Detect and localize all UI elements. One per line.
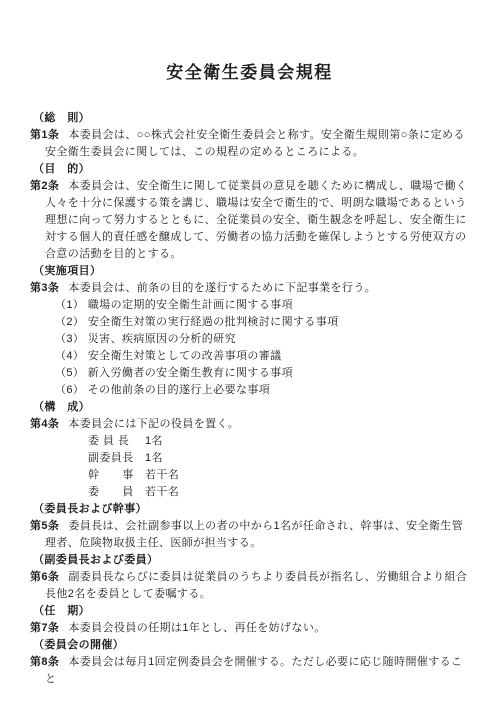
article-1: 第1条本委員会は、○○株式会社安全衛生委員会と称す。安全衛生規則第○条に定める安… [30,127,469,161]
article-7-text: 本委員会役員の任期は1年とし、再任を妨げない。 [68,622,325,634]
role-row-member: 委 員若干名 [30,484,469,501]
article-8-text: 本委員会は毎月1回定例委員会を開催する。ただし必要に応じ随時開催すること [45,656,462,685]
article-8: 第8条本委員会は毎月1回定例委員会を開催する。ただし必要に応じ随時開催すること [30,654,469,688]
article-6-text: 副委員長ならびに委員は従業員のうちより委員長が指名し、労働組合より組合長他2名を… [45,571,467,600]
article-3-text: 本委員会は、前条の目的を遂行するために下記事業を行う。 [68,282,376,294]
document-title: 安全衛生委員会規程 [30,63,469,83]
article-2: 第2条本委員会は、安全衛生に関して従業員の意見を聴くために構成し、職場で働く人々… [30,178,469,263]
role-count: 1名 [145,452,163,464]
article-3-label: 第3条 [30,282,59,294]
article-3: 第3条本委員会は、前条の目的を遂行するために下記事業を行う。 [30,280,469,297]
article-7: 第7条本委員会役員の任期は1年とし、再任を妨げない。 [30,620,469,637]
section-heading-composition: （構 成） [30,399,469,416]
section-heading-implementation-items: （実施項目） [30,263,469,280]
article-5: 第5条委員長は、会社副参事以上の者の中から1名が任命され、幹事は、安全衛生管理者… [30,518,469,552]
section-heading-term: （任 期） [30,603,469,620]
section-heading-purpose: （目 的） [30,161,469,178]
list-item-5: （5） 新入労働者の安全衛生教育に関する事項 [30,365,469,382]
article-6-label: 第6条 [30,571,59,583]
article-4: 第4条本委員会には下記の役員を置く。 [30,416,469,433]
article-4-text: 本委員会には下記の役員を置く。 [68,418,239,430]
role-row-chairman: 委 員 長1名 [30,433,469,450]
list-item-6: （6） その他前条の目的遂行上必要な事項 [30,382,469,399]
role-name: 委 員 長 [88,433,145,450]
list-item-3: （3） 災害、疾病原因の分析的研究 [30,331,469,348]
section-heading-general-rules: （総 則） [30,110,469,127]
section-heading-vice-chairman-and-members: （副委員長および委員） [30,552,469,569]
article-2-label: 第2条 [30,180,59,192]
role-name: 委 員 [88,484,145,501]
article-2-text: 本委員会は、安全衛生に関して従業員の意見を聴くために構成し、職場で働く人々を十分… [45,180,467,260]
role-count: 1名 [145,435,163,447]
document-page: 安全衛生委員会規程 （総 則） 第1条本委員会は、○○株式会社安全衛生委員会と称… [0,0,495,706]
article-8-label: 第8条 [30,656,59,668]
article-5-label: 第5条 [30,520,59,532]
article-5-text: 委員長は、会社副参事以上の者の中から1名が任命され、幹事は、安全衛生管理者、危険… [45,520,463,549]
role-count: 若干名 [145,469,179,481]
article-1-text: 本委員会は、○○株式会社安全衛生委員会と称す。安全衛生規則第○条に定める安全衛生… [45,129,465,158]
role-count: 若干名 [145,486,179,498]
section-heading-committee-meetings: （委員会の開催） [30,637,469,654]
article-1-label: 第1条 [30,129,59,141]
section-heading-chairman-and-secretary: （委員長および幹事） [30,501,469,518]
article-6: 第6条副委員長ならびに委員は従業員のうちより委員長が指名し、労働組合より組合長他… [30,569,469,603]
list-item-4: （4） 安全衛生対策としての改善事項の審議 [30,348,469,365]
list-item-2: （2） 安全衛生対策の実行経過の批判検討に関する事項 [30,314,469,331]
role-name: 幹 事 [88,467,145,484]
article-4-label: 第4条 [30,418,59,430]
article-7-label: 第7条 [30,622,59,634]
role-row-vice-chairman: 副委員長1名 [30,450,469,467]
list-item-1: （1） 職場の定期的安全衛生計画に関する事項 [30,297,469,314]
role-row-secretary: 幹 事若干名 [30,467,469,484]
role-name: 副委員長 [88,450,145,467]
